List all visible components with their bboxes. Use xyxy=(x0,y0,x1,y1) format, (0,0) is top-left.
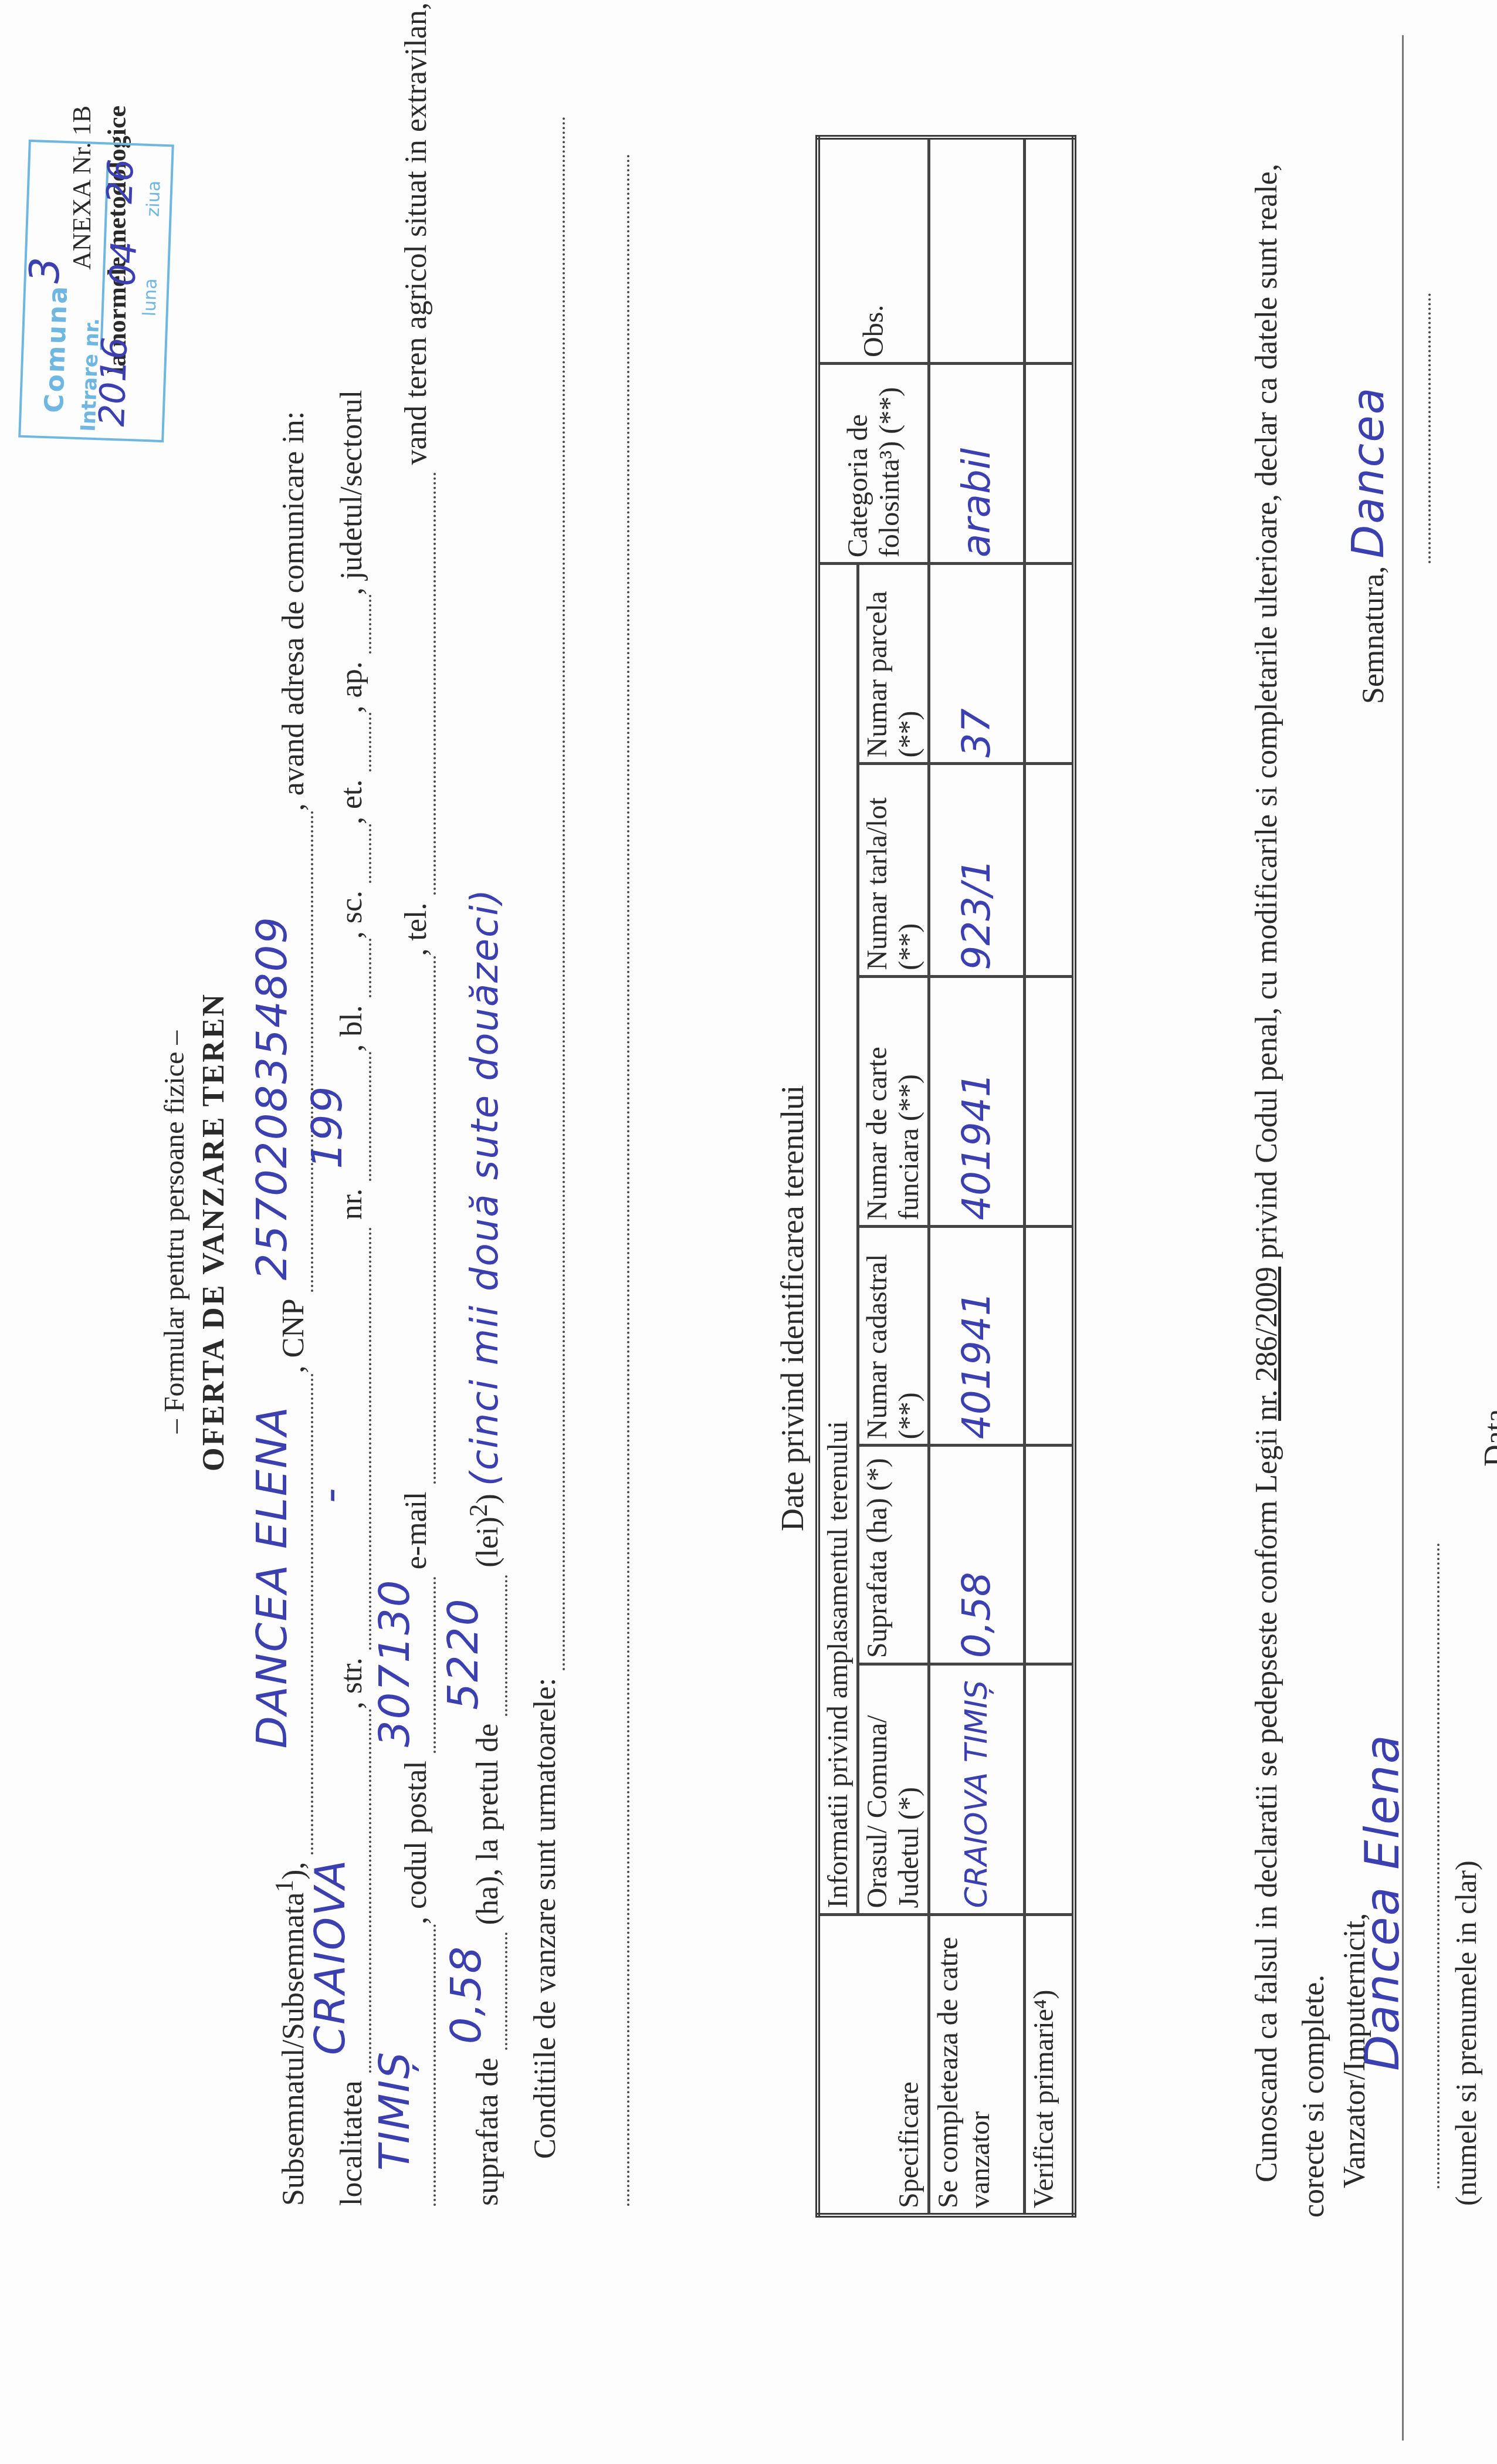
conditii-field[interactable] xyxy=(528,116,565,1670)
cell-obs[interactable] xyxy=(929,137,1025,363)
table-row: Verificat primarie⁴) xyxy=(1025,137,1075,2215)
data-field[interactable]: Data xyxy=(1478,1038,1497,1467)
cell-nr-cadastral[interactable] xyxy=(1025,1227,1075,1446)
col-header-obs: Obs. xyxy=(818,137,929,363)
cnp-field[interactable]: 2570208354809 xyxy=(276,811,313,1292)
col-header-nr-cadastral: Numar cadastral (**) xyxy=(858,1227,929,1446)
cell-suprafata[interactable]: 0,58 xyxy=(929,1446,1025,1664)
ap-field[interactable] xyxy=(334,595,371,654)
col-header-categoria: Categoria de folosinta³) (**) xyxy=(818,363,929,563)
group-header-amplasament: Informatii privind amplasamentul terenul… xyxy=(818,564,858,1914)
vanzator-name-handwritten: Dancea Elena xyxy=(1355,1734,1410,2071)
row-label: Se completeaza de catre vanzator xyxy=(929,1914,1025,2215)
semnatura-field[interactable]: Semnatura, Dancea xyxy=(1343,0,1431,704)
stamp-commune-label: Comuna xyxy=(39,284,74,413)
str-field[interactable]: - xyxy=(334,1227,371,1650)
stamp-ziua-value: 26 xyxy=(99,158,142,205)
sc-field[interactable] xyxy=(334,824,371,883)
cell-parcela[interactable]: 37 xyxy=(929,564,1025,764)
name-field[interactable]: DANCEA ELENA xyxy=(276,1373,313,1854)
numele-hint: (numele si prenumele in clar) xyxy=(1449,1860,1483,2206)
scanned-form-sheet: ANEXA Nr. 1B la normele metodologice Com… xyxy=(0,0,1497,2464)
field-row-price: suprafata de 0,58 (ha), la pretul de 522… xyxy=(463,153,507,2206)
cell-tarla-lot[interactable]: 923/1 xyxy=(929,764,1025,976)
semnatura-handwritten: Dancea xyxy=(1343,387,1394,559)
cell-obs[interactable] xyxy=(1025,137,1075,363)
form-title: OFERTA DE VANZARE TEREN xyxy=(197,0,231,2464)
col-header-specificare: Specificare xyxy=(818,1914,929,2215)
col-header-carte-funciara: Numar de carte funciara (**) xyxy=(858,976,929,1226)
conditii-field-2[interactable] xyxy=(592,153,629,2206)
field-row-conditions: Conditiile de vanzare sunt urmatoarele: xyxy=(528,153,565,2206)
judetul-field[interactable]: TIMIȘ xyxy=(399,1924,436,2206)
col-header-tarla-lot: Numar tarla/lot (**) xyxy=(858,764,929,976)
cell-carte-funciara[interactable] xyxy=(1025,976,1075,1226)
bl-field[interactable] xyxy=(334,939,371,997)
pret-in-words: (cinci mii două sute douăzeci) xyxy=(463,888,507,1486)
cell-tarla-lot[interactable] xyxy=(1025,764,1075,976)
cell-carte-funciara[interactable]: 401941 xyxy=(929,976,1025,1226)
land-identification-table: Specificare Informatii privind amplasame… xyxy=(815,135,1076,2218)
stamp-year: 2016 xyxy=(92,336,136,427)
cell-localitate[interactable]: CRAIOVA TIMIȘ xyxy=(929,1664,1025,1914)
vanzator-name-field[interactable]: Dancea Elena xyxy=(1396,1543,1440,2188)
form-subtitle: – Formular pentru persoane fizice – xyxy=(158,0,191,2464)
col-header-localitate: Orasul/ Comuna/ Judetul (*) xyxy=(858,1664,929,1914)
et-field[interactable] xyxy=(334,713,371,771)
cell-nr-cadastral[interactable]: 401941 xyxy=(929,1227,1025,1446)
registration-stamp: Comuna Intrare nr. 3 2016 luna 04 ziua 2… xyxy=(18,140,174,442)
cell-categoria[interactable]: arabil xyxy=(929,363,1025,563)
stamp-luna-value: 04 xyxy=(102,241,145,287)
table-header-group-row: Specificare Informatii privind amplasame… xyxy=(818,137,858,2215)
nr-field[interactable]: 199 xyxy=(334,1052,371,1181)
declaration-text: Cunoscand ca falsul in declaratii se ped… xyxy=(1244,141,1337,2218)
col-header-parcela: Numar parcela (**) xyxy=(858,564,929,764)
row-label: Verificat primarie⁴) xyxy=(1025,1914,1075,2215)
stamp-intrare-value: 3 xyxy=(20,256,69,284)
cell-parcela[interactable] xyxy=(1025,564,1075,764)
cell-categoria[interactable] xyxy=(1025,363,1075,563)
table-row: Se completeaza de catre vanzator CRAIOVA… xyxy=(929,137,1025,2215)
tel-field[interactable] xyxy=(399,472,436,895)
cell-suprafata[interactable] xyxy=(1025,1446,1075,1664)
field-row-contact: TIMIȘ , codul postal 307130 e-mail , tel… xyxy=(399,153,436,2206)
pret-field[interactable]: 5220 xyxy=(470,1575,507,1716)
email-field[interactable] xyxy=(399,956,436,1484)
cell-localitate[interactable] xyxy=(1025,1664,1075,1914)
localitatea-field[interactable]: CRAIOVA xyxy=(334,1709,371,2073)
col-header-suprafata: Suprafata (ha) (*) xyxy=(858,1446,929,1664)
field-row-address: localitatea CRAIOVA , str. - nr. 199 , b… xyxy=(334,153,371,2206)
field-row-conditions-2 xyxy=(592,153,629,2206)
codul-postal-field[interactable]: 307130 xyxy=(399,1577,436,1753)
suprafata-field[interactable]: 0,58 xyxy=(470,1932,507,2050)
table-caption: Date privind identificarea terenului xyxy=(774,1085,811,1531)
